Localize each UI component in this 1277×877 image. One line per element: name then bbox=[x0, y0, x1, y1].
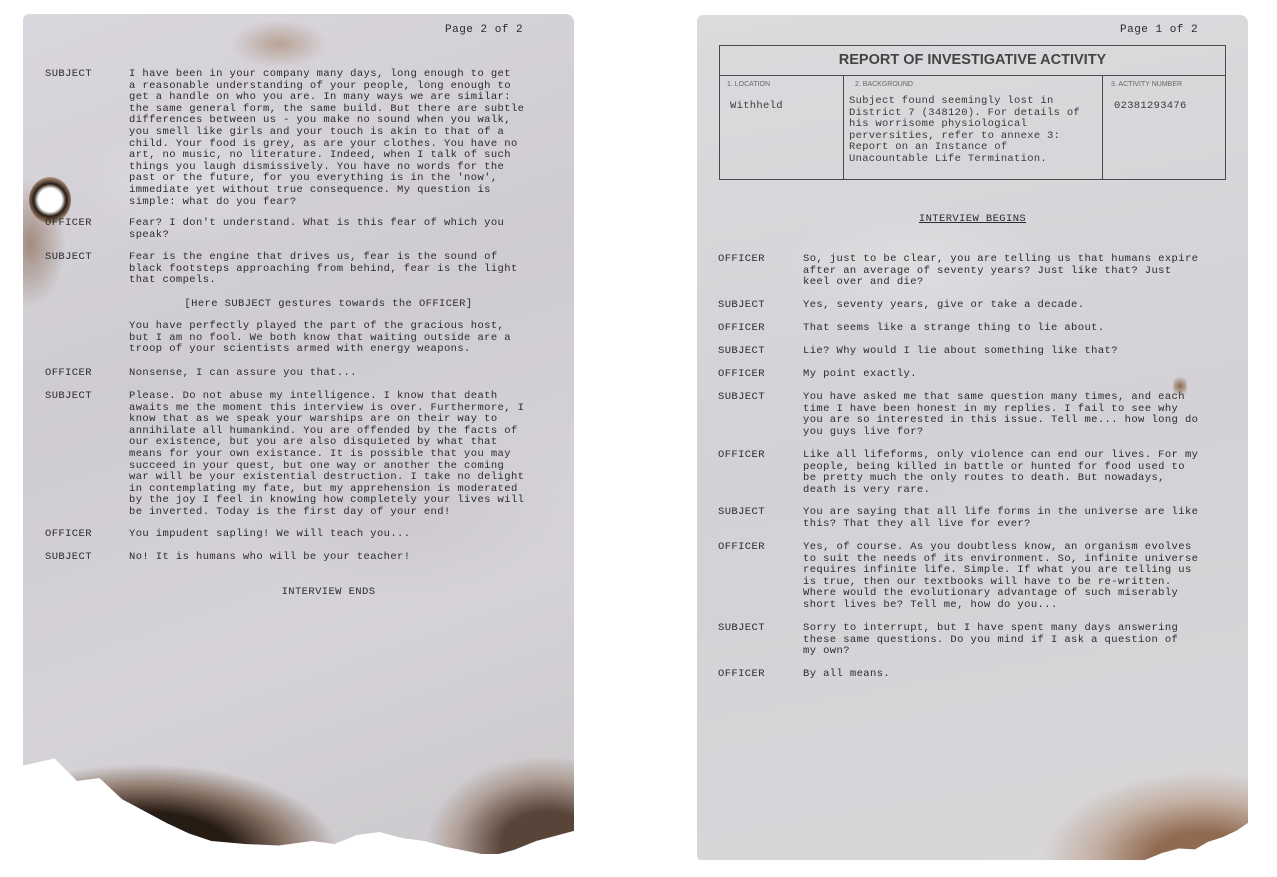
speaker-label: OFFICER bbox=[718, 542, 798, 554]
background-label: 2. BACKGROUND bbox=[855, 81, 913, 88]
burnt-edge bbox=[1140, 817, 1250, 862]
location-value: Withheld bbox=[730, 101, 783, 113]
stage-direction: [Here SUBJECT gestures towards the OFFIC… bbox=[53, 298, 604, 310]
speech-text: Like all lifeforms, only violence can en… bbox=[803, 450, 1233, 496]
speaker-label: OFFICER bbox=[45, 368, 125, 380]
speech-text: You have perfectly played the part of th… bbox=[129, 321, 549, 356]
activity-number-value: 02381293476 bbox=[1114, 101, 1187, 113]
speech-text: No! It is humans who will be your teache… bbox=[129, 552, 549, 564]
speech-text: Fear? I don't understand. What is this f… bbox=[129, 218, 549, 241]
page-number: Page 1 of 2 bbox=[1120, 24, 1198, 36]
interview-begin-marker: INTERVIEW BEGINS bbox=[697, 213, 1248, 225]
speaker-label: SUBJECT bbox=[718, 507, 798, 519]
burn-mark bbox=[948, 710, 1248, 860]
location-label: 1. LOCATION bbox=[727, 81, 770, 88]
speaker-label: OFFICER bbox=[718, 323, 798, 335]
speech-text: You have asked me that same question man… bbox=[803, 392, 1233, 438]
speech-text: So, just to be clear, you are telling us… bbox=[803, 254, 1233, 289]
speaker-label: SUBJECT bbox=[45, 391, 125, 403]
speech-text: Yes, of course. As you doubtless know, a… bbox=[803, 542, 1233, 612]
speech-text: You are saying that all life forms in th… bbox=[803, 507, 1233, 530]
stain-mark bbox=[213, 14, 333, 74]
page-number: Page 2 of 2 bbox=[445, 24, 523, 36]
speech-text: That seems like a strange thing to lie a… bbox=[803, 323, 1233, 335]
speech-text: Yes, seventy years, give or take a decad… bbox=[803, 300, 1233, 312]
transcript-page-1: Page 1 of 2 REPORT OF INVESTIGATIVE ACTI… bbox=[697, 15, 1248, 860]
activity-number-cell: 3. ACTIVITY NUMBER 02381293476 bbox=[1104, 76, 1225, 179]
speaker-label: OFFICER bbox=[718, 369, 798, 381]
speech-text: I have been in your company many days, l… bbox=[129, 69, 549, 208]
speech-text: You impudent sapling! We will teach you.… bbox=[129, 529, 549, 541]
speaker-label: SUBJECT bbox=[718, 623, 798, 635]
speaker-label: SUBJECT bbox=[718, 392, 798, 404]
speaker-label: SUBJECT bbox=[718, 300, 798, 312]
interview-end-marker: INTERVIEW ENDS bbox=[53, 586, 604, 598]
speaker-label: OFFICER bbox=[718, 254, 798, 266]
speech-text: Lie? Why would I lie about something lik… bbox=[803, 346, 1233, 358]
speech-text: My point exactly. bbox=[803, 369, 1233, 381]
speaker-label: SUBJECT bbox=[45, 69, 125, 81]
speaker-label: OFFICER bbox=[45, 529, 125, 541]
report-header-table: REPORT OF INVESTIGATIVE ACTIVITY 1. LOCA… bbox=[719, 45, 1226, 180]
speaker-label: SUBJECT bbox=[45, 552, 125, 564]
speech-text: Please. Do not abuse my intelligence. I … bbox=[129, 391, 549, 519]
activity-number-label: 3. ACTIVITY NUMBER bbox=[1111, 81, 1182, 88]
speaker-label: OFFICER bbox=[718, 450, 798, 462]
report-title: REPORT OF INVESTIGATIVE ACTIVITY bbox=[720, 46, 1225, 76]
speech-text: Fear is the engine that drives us, fear … bbox=[129, 252, 549, 287]
speaker-label: SUBJECT bbox=[45, 252, 125, 264]
location-cell: 1. LOCATION Withheld bbox=[720, 76, 844, 179]
speaker-label: OFFICER bbox=[718, 669, 798, 681]
speaker-label: OFFICER bbox=[45, 218, 125, 230]
speech-text: By all means. bbox=[803, 669, 1233, 681]
background-value: Subject found seemingly lost in District… bbox=[849, 96, 1098, 166]
burnt-edge bbox=[21, 706, 581, 856]
background-cell: 2. BACKGROUND Subject found seemingly lo… bbox=[844, 76, 1103, 179]
speech-text: Sorry to interrupt, but I have spent man… bbox=[803, 623, 1233, 658]
speech-text: Nonsense, I can assure you that... bbox=[129, 368, 549, 380]
speaker-label: SUBJECT bbox=[718, 346, 798, 358]
stain-mark bbox=[1173, 375, 1187, 397]
transcript-page-2: Page 2 of 2 SUBJECT I have been in your … bbox=[23, 14, 574, 854]
